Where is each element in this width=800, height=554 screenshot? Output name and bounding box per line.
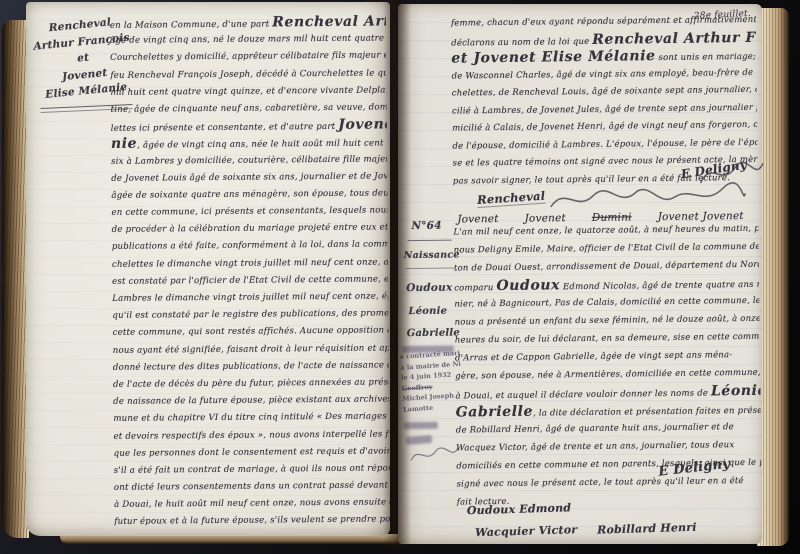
signature-flourish [697, 156, 767, 191]
margin-surname: Oudoux [406, 282, 452, 295]
margin-firstname-1: Léonie [408, 306, 447, 317]
signature-witness-1: Wacquier Victor [475, 523, 577, 539]
registry-book-photo: RenchevalArthur FrançoisetJovenetElise M… [0, 0, 800, 554]
act-type-naissance: Naissance [404, 249, 460, 261]
right-page: 28e feuillet. femme, chacun d'eux ayant … [398, 4, 762, 544]
margin-rule [408, 240, 452, 242]
marriage-act-text: en la Maison Commune, d'une part Renchev… [110, 13, 390, 531]
left-page: RenchevalArthur FrançoisetJovenetElise M… [26, 2, 390, 536]
margin-firstname-2: Gabrielle [407, 327, 460, 339]
book-gutter-shadow [383, 0, 411, 548]
signature-witness-2: Robillard Henri [597, 521, 697, 537]
stamp-signature-flourish [408, 441, 460, 468]
signature-father: Oudoux Edmond [467, 501, 572, 517]
act-number: N°64 [411, 220, 441, 232]
margin-rule [406, 268, 454, 270]
groom-signature: Rencheval [477, 189, 546, 208]
